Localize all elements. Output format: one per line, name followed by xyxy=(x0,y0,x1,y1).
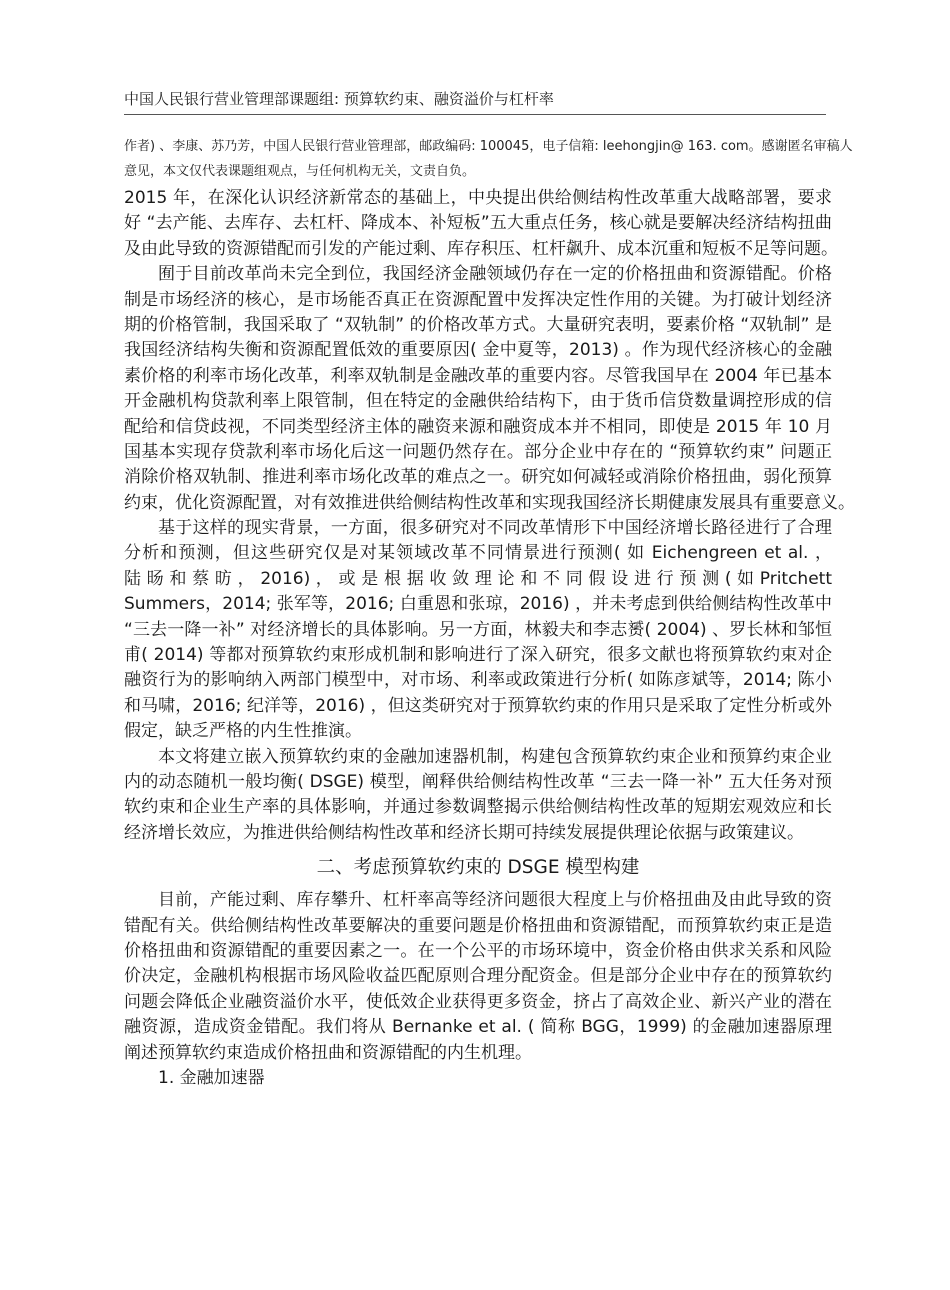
running-head: 中国人民银行营业管理部课题组: 预算软约束、融资溢价与杠杆率 xyxy=(124,88,554,109)
header-rule xyxy=(124,114,826,115)
text-line: 及由此导致的资源错配而引发的产能过剩、库存积压、杠杆飙升、成本沉重和短板不足等问… xyxy=(124,237,832,262)
section-title: 二、考虑预算软约束的 DSGE 模型构建 xyxy=(124,850,832,886)
body-text: 2015 年，在深化认识经济新常态的基础上，中央提出供给侧结构性改革重大战略部署… xyxy=(124,186,832,1091)
text-line: Summers，2014; 张军等，2016; 白重恩和张琼，2016) ，并未… xyxy=(124,592,832,617)
text-line: 分析和预测，但这些研究仅是对某领域改革不同情景进行预测( 如 Eichengre… xyxy=(124,541,832,566)
paragraph-1: 2015 年，在深化认识经济新常态的基础上，中央提出供给侧结构性改革重大战略部署… xyxy=(124,186,832,262)
footnote-line: 作者) 、李康、苏乃芳，中国人民银行营业管理部，邮政编码: 100045，电子信… xyxy=(124,134,834,159)
text-line: 消除价格双轨制、推进利率市场化改革的难点之一。研究如何减轻或消除价格扭曲，弱化预… xyxy=(124,465,832,490)
text-line: 陆 旸 和 蔡 昉 ， 2016) ， 或 是 根 据 收 敛 理 论 和 不 … xyxy=(124,567,832,592)
footnote-line: 意见，本文仅代表课题组观点，与任何机构无关，文责自负。 xyxy=(124,159,834,184)
paragraph-3: 基于这样的现实背景，一方面，很多研究对不同改革情形下中国经济增长路径进行了合理的… xyxy=(124,516,832,745)
text-line: 囿于目前改革尚未完全到位，我国经济金融领域仍存在一定的价格扭曲和资源错配。价格机 xyxy=(124,262,832,287)
text-line: 假定，缺乏严格的内生性推演。 xyxy=(124,719,832,744)
section-paragraph: 目前，产能过剩、库存攀升、杠杆率高等经济问题很大程度上与价格扭曲及由此导致的资源… xyxy=(124,888,832,1066)
text-line: 好 “去产能、去库存、去杠杆、降成本、补短板”五大重点任务，核心就是要解决经济结… xyxy=(124,211,832,236)
text-line: 素价格的利率市场化改革，利率双轨制是金融改革的重要内容。尽管我国早在 2004 … xyxy=(124,364,832,389)
paragraph-4: 本文将建立嵌入预算软约束的金融加速器机制，构建包含预算软约束企业和预算约束企业在… xyxy=(124,745,832,847)
text-line: 错配有关。供给侧结构性改革要解决的重要问题是价格扭曲和资源错配，而预算软约束正是… xyxy=(124,914,832,939)
text-line: 价格扭曲和资源错配的重要因素之一。在一个公平的市场环境中，资金价格由供求关系和风… xyxy=(124,939,832,964)
subsection-heading: 1. 金融加速器 xyxy=(124,1066,832,1091)
text-line: 经济增长效应，为推进供给侧结构性改革和经济长期可持续发展提供理论依据与政策建议。 xyxy=(124,821,832,846)
text-line: 融资源，造成资金错配。我们将从 Bernanke et al. ( 简称 BGG… xyxy=(124,1015,832,1040)
author-footnote: 作者) 、李康、苏乃芳，中国人民银行营业管理部，邮政编码: 100045，电子信… xyxy=(124,134,834,185)
text-line: 目前，产能过剩、库存攀升、杠杆率高等经济问题很大程度上与价格扭曲及由此导致的资源 xyxy=(124,888,832,913)
text-line: 2015 年，在深化认识经济新常态的基础上，中央提出供给侧结构性改革重大战略部署… xyxy=(124,186,832,211)
text-line: 制是市场经济的核心，是市场能否真正在资源配置中发挥决定性作用的关键。为打破计划经… xyxy=(124,288,832,313)
text-line: 配给和信贷歧视，不同类型经济主体的融资来源和融资成本并不相同，即使是 2015 … xyxy=(124,415,832,440)
text-line: 价决定，金融机构根据市场风险收益匹配原则合理分配资金。但是部分企业中存在的预算软… xyxy=(124,964,832,989)
text-line: 和马啸，2016; 纪洋等，2016) ，但这类研究对于预算软约束的作用只是采取… xyxy=(124,694,832,719)
text-line: 国基本实现存贷款利率市场化后这一问题仍然存在。部分企业中存在的 “预算软约束” … xyxy=(124,440,832,465)
text-line: 甫( 2014) 等都对预算软约束形成机制和影响进行了深入研究，很多文献也将预算… xyxy=(124,643,832,668)
text-line: 基于这样的现实背景，一方面，很多研究对不同改革情形下中国经济增长路径进行了合理的 xyxy=(124,516,832,541)
paragraph-2: 囿于目前改革尚未完全到位，我国经济金融领域仍存在一定的价格扭曲和资源错配。价格机… xyxy=(124,262,832,516)
text-line: 约束，优化资源配置，对有效推进供给侧结构性改革和实现我国经济长期健康发展具有重要… xyxy=(124,491,832,516)
text-line: 期的价格管制，我国采取了 “双轨制” 的价格改革方式。大量研究表明，要素价格 “… xyxy=(124,313,832,338)
text-line: “三去一降一补” 对经济增长的具体影响。另一方面，林毅夫和李志赟( 2004) … xyxy=(124,618,832,643)
text-line: 软约束和企业生产率的具体影响，并通过参数调整揭示供给侧结构性改革的短期宏观效应和… xyxy=(124,795,832,820)
text-line: 内的动态随机一般均衡( DSGE) 模型，阐释供给侧结构性改革 “三去一降一补”… xyxy=(124,770,832,795)
text-line: 问题会降低企业融资溢价水平，使低效企业获得更多资金，挤占了高效企业、新兴产业的潜… xyxy=(124,990,832,1015)
text-line: 我国经济结构失衡和资源配置低效的重要原因( 金中夏等，2013) 。作为现代经济… xyxy=(124,338,832,363)
document-page: 中国人民银行营业管理部课题组: 预算软约束、融资溢价与杠杆率 作者) 、李康、苏… xyxy=(0,0,950,1290)
text-line: 阐述预算软约束造成价格扭曲和资源错配的内生机理。 xyxy=(124,1041,832,1066)
text-line: 开金融机构贷款利率上限管制，但在特定的金融供给结构下，由于货币信贷数量调控形成的… xyxy=(124,389,832,414)
text-line: 融资行为的影响纳入两部门模型中，对市场、利率或政策进行分析( 如陈彦斌等，201… xyxy=(124,668,832,693)
text-line: 本文将建立嵌入预算软约束的金融加速器机制，构建包含预算软约束企业和预算约束企业在 xyxy=(124,745,832,770)
